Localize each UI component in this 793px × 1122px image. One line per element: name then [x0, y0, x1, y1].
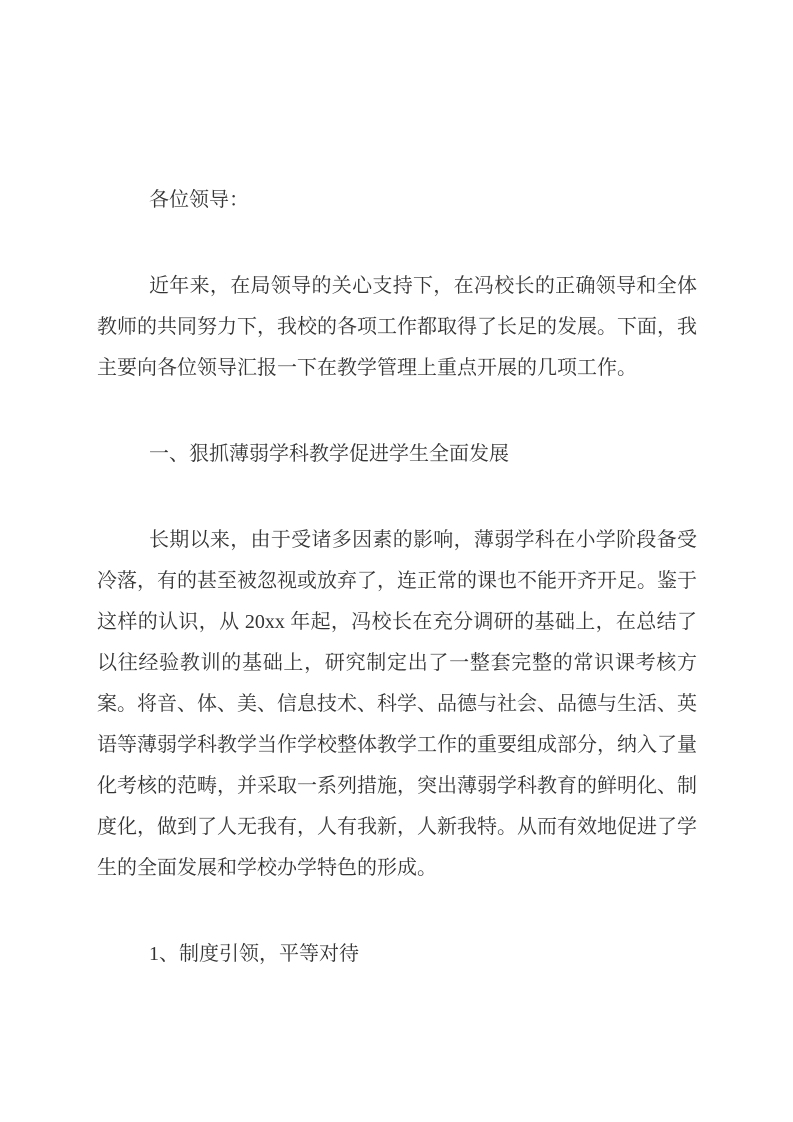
paragraph-section-1-body: 长期以来，由于受诸多因素的影响，薄弱学科在小学阶段备受冷落，有的甚至被忽视或放弃…: [97, 520, 697, 889]
document-content: 各位领导： 近年来，在局领导的关心支持下，在冯校长的正确领导和全体教师的共同努力…: [0, 0, 793, 975]
section-heading-1: 一、狠抓薄弱学科教学促进学生全面发展: [97, 434, 697, 475]
document-page: 各位领导： 近年来，在局领导的关心支持下，在冯校长的正确领导和全体教师的共同努力…: [0, 0, 793, 1122]
paragraph-intro: 近年来，在局领导的关心支持下，在冯校长的正确领导和全体教师的共同努力下，我校的各…: [97, 266, 697, 389]
paragraph-salutation: 各位领导：: [97, 180, 697, 221]
sub-heading-1: 1、制度引领，平等对待: [97, 934, 697, 975]
